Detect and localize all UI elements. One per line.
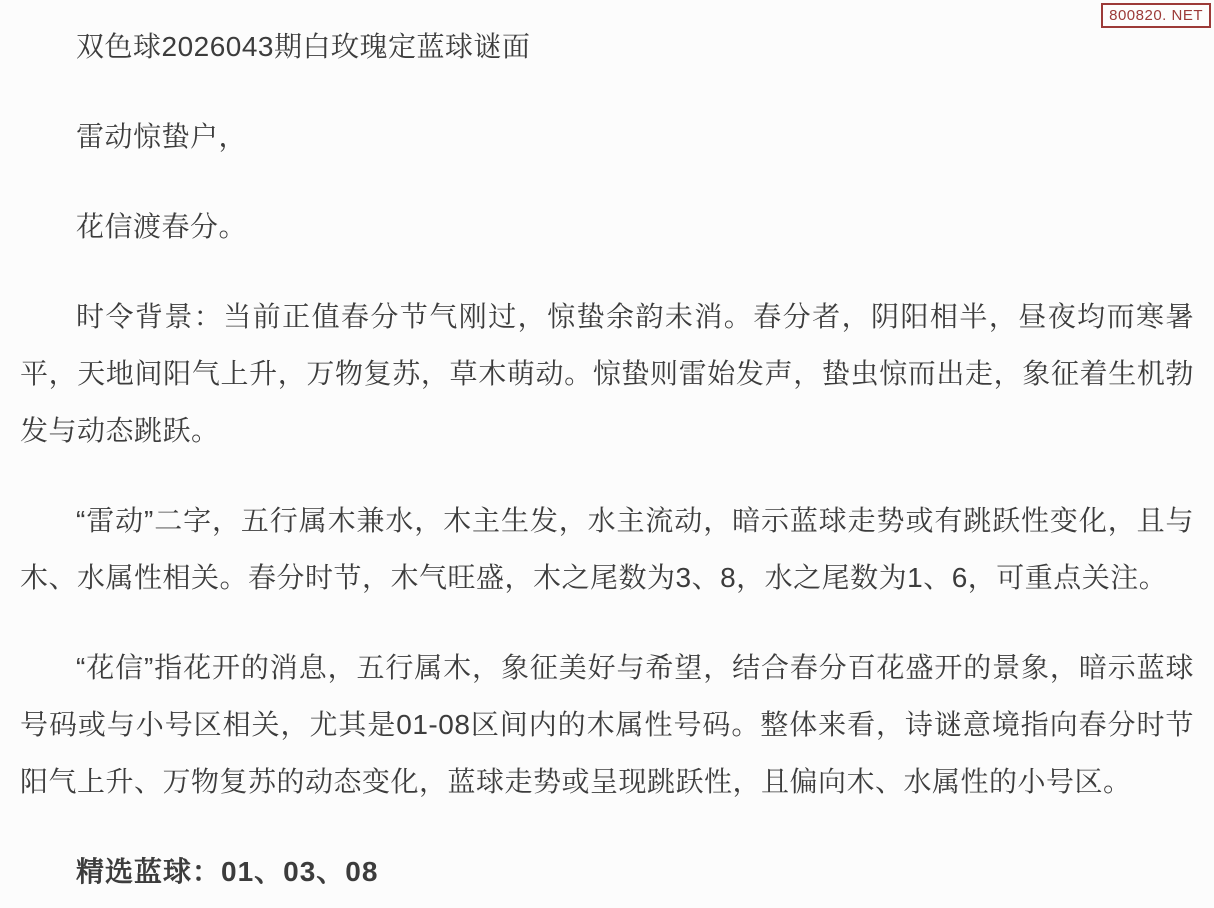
- poem-line-2: 花信渡春分。: [20, 198, 1194, 255]
- paragraph-seasonal-background: 时令背景：当前正值春分节气刚过，惊蛰余韵未消。春分者，阴阳相半，昼夜均而寒暑平，…: [20, 288, 1194, 459]
- paragraph-huaxin-analysis: “花信”指花开的消息，五行属木，象征美好与希望，结合春分百花盛开的景象，暗示蓝球…: [20, 639, 1194, 810]
- poem-line-1: 雷动惊蛰户，: [20, 108, 1194, 165]
- lottery-riddle-article: 双色球2026043期白玫瑰定蓝球谜面 雷动惊蛰户， 花信渡春分。 时令背景：当…: [0, 0, 1214, 900]
- article-title: 双色球2026043期白玫瑰定蓝球谜面: [20, 18, 1194, 75]
- page: { "page": { "background_color": "#fcfcfc…: [0, 0, 1214, 908]
- paragraph-leidong-analysis: “雷动”二字，五行属木兼水，木主生发，水主流动，暗示蓝球走势或有跳跃性变化，且与…: [20, 492, 1194, 606]
- site-watermark: 800820. NET: [1101, 3, 1211, 28]
- selected-blue-balls-line: 精选蓝球：01、03、08: [20, 843, 1194, 900]
